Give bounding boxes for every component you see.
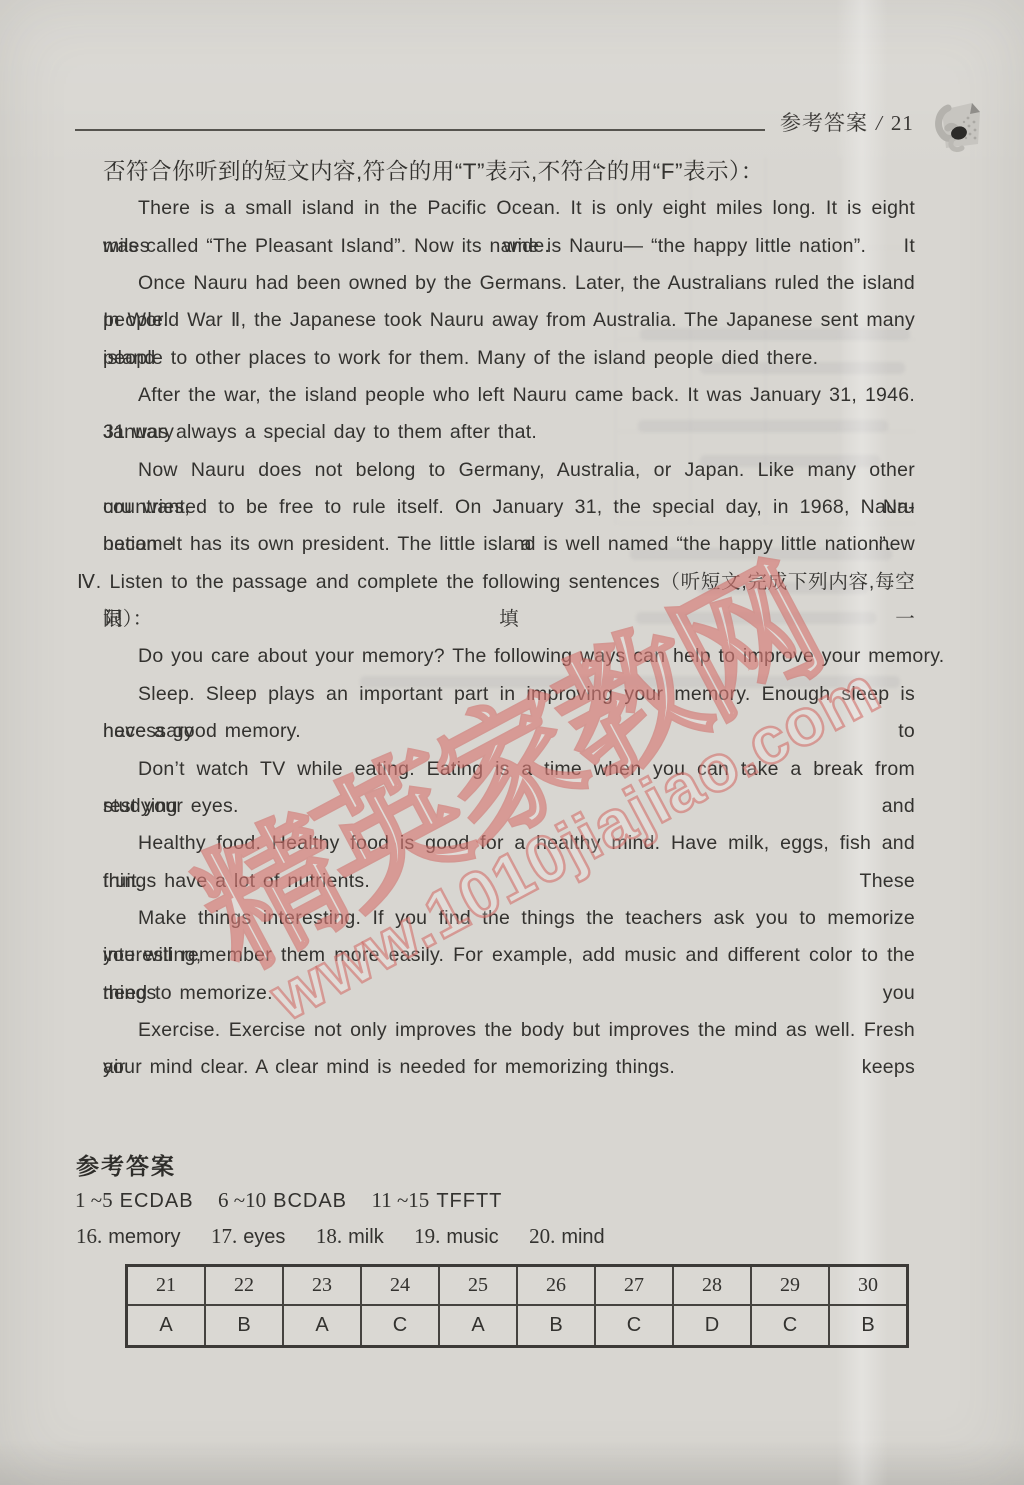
table-header-cell: 27 (595, 1266, 673, 1306)
header-separator: / (876, 111, 883, 135)
table-header-cell: 23 (283, 1266, 361, 1306)
text-line: Exercise. Exercise not only improves the… (103, 1012, 915, 1049)
table-value-cell: A (283, 1305, 361, 1347)
text-line: There is a small island in the Pacific O… (103, 190, 915, 227)
text-line: Don’t watch TV while eating. Eating is a… (103, 751, 915, 788)
scanned-answer-page: 参考答案/21 否符合你听到的短文内容,符合的用“T”表示,不符合的用“F”表示… (0, 0, 1024, 1485)
text-line: Healthy food. Healthy food is good for a… (103, 825, 915, 862)
table-value-cell: B (517, 1305, 595, 1347)
text-line: Once Nauru had been owned by the Germans… (103, 265, 915, 302)
intro-line: 否符合你听到的短文内容,符合的用“T”表示,不符合的用“F”表示）： (103, 153, 915, 190)
answer-table-header-row: 21 22 23 24 25 26 27 28 29 30 (127, 1266, 908, 1306)
text-line: After the war, the island people who lef… (103, 377, 915, 414)
text-line: Do you care about your memory? The follo… (103, 638, 915, 675)
text-line: In World War Ⅱ, the Japanese took Nauru … (103, 302, 915, 339)
text-line: Sleep. Sleep plays an important part in … (103, 676, 915, 713)
text-line: was called “The Pleasant Island”. Now it… (103, 228, 915, 265)
table-value-cell: C (361, 1305, 439, 1347)
fill-in-answer: 16.memory (76, 1230, 180, 1247)
table-header-cell: 28 (673, 1266, 751, 1306)
table-header-cell: 30 (829, 1266, 908, 1306)
answer-range-group: 6 ~10BCDAB (218, 1194, 347, 1211)
answer-table-value-row: A B A C A B C D C B (127, 1305, 908, 1347)
page-curl-icon (928, 100, 986, 156)
table-header-cell: 21 (127, 1266, 206, 1306)
table-header-cell: 24 (361, 1266, 439, 1306)
text-line: 31 was always a special day to them afte… (103, 414, 915, 451)
text-line: Make things interesting. If you find the… (103, 900, 915, 937)
header-rule (75, 129, 765, 131)
text-line: you will remember them more easily. For … (103, 937, 915, 974)
text-line: people to other places to work for them.… (103, 340, 915, 377)
table-value-cell: A (439, 1305, 517, 1347)
fill-in-answer: 18.milk (316, 1230, 384, 1247)
listening-transcript: 否符合你听到的短文内容,符合的用“T”表示,不符合的用“F”表示）： There… (103, 153, 915, 1087)
page-header: 参考答案/21 (780, 108, 914, 138)
table-header-cell: 29 (751, 1266, 829, 1306)
table-value-cell: A (127, 1305, 206, 1347)
table-header-cell: 22 (205, 1266, 283, 1306)
table-value-cell: C (751, 1305, 829, 1347)
answer-key-heading: 参考答案 (76, 1148, 176, 1181)
answer-table: 21 22 23 24 25 26 27 28 29 30 A B A C A … (125, 1264, 909, 1348)
text-line: Now Nauru does not belong to Germany, Au… (103, 452, 915, 489)
section-iv-heading: Ⅳ. Listen to the passage and complete th… (103, 564, 915, 601)
answers-16-20: 16.memory 17.eyes 18.milk 19.music 20.mi… (76, 1224, 631, 1249)
header-label: 参考答案 (780, 111, 868, 135)
table-value-cell: D (673, 1305, 751, 1347)
page-number: 21 (891, 111, 914, 135)
answers-1-15: 1 ~5ECDAB 6 ~10BCDAB 11 ~15TFFTT (75, 1188, 522, 1213)
table-value-cell: B (205, 1305, 283, 1347)
table-header-cell: 26 (517, 1266, 595, 1306)
fill-in-answer: 19.music (414, 1230, 498, 1247)
answer-range-group: 1 ~5ECDAB (75, 1194, 194, 1211)
table-value-cell: B (829, 1305, 908, 1347)
fill-in-answer: 17.eyes (211, 1230, 286, 1247)
fill-in-answer: 20.mind (529, 1230, 605, 1247)
table-value-cell: C (595, 1305, 673, 1347)
text-line: nation. It has its own president. The li… (103, 526, 915, 563)
answer-range-group: 11 ~15TFFTT (371, 1194, 502, 1211)
text-line: uru wanted to be free to rule itself. On… (103, 489, 915, 526)
table-header-cell: 25 (439, 1266, 517, 1306)
